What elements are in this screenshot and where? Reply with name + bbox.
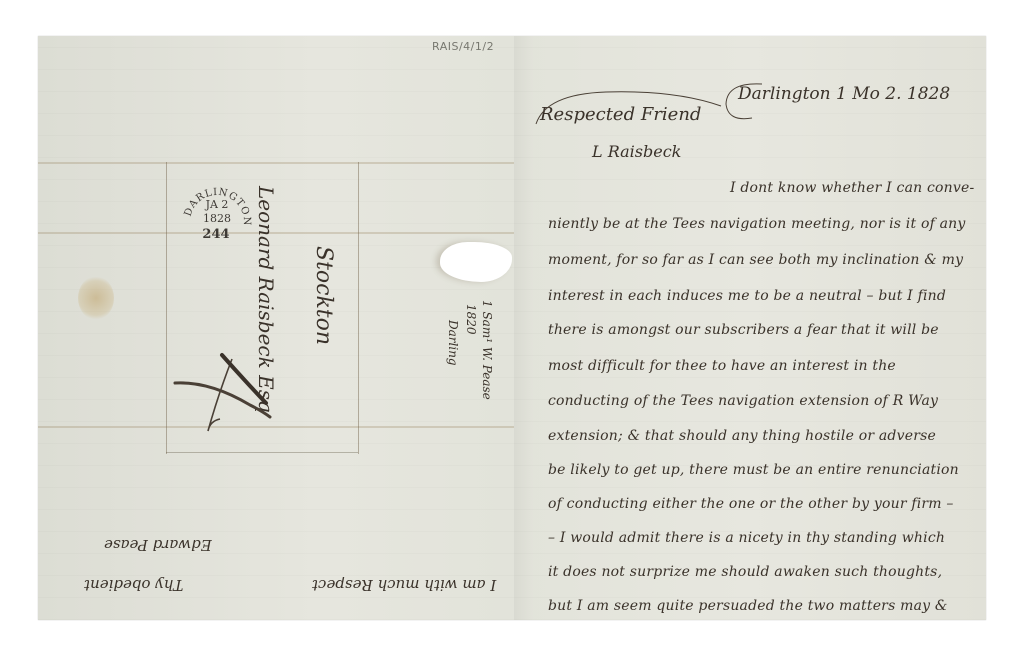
postmark-stamp: DARLINGTON JA 2 1828 244 [178, 172, 254, 248]
letter-place-date: Darlington 1 Mo 2. 1828 [738, 84, 950, 104]
letter-line: – I would admit there is a nicety in thy… [548, 530, 945, 546]
fold-line [38, 162, 514, 164]
fold-line [38, 426, 514, 428]
postmark-mileage: 244 [202, 227, 229, 242]
letter-salutation: Respected Friend [540, 104, 701, 125]
letter-addressee: L Raisbeck [592, 142, 681, 161]
address-town: Stockton [311, 246, 336, 345]
address-annotation-2: 1820 [464, 304, 478, 335]
water-stain [78, 276, 114, 320]
letter-line: be likely to get up, there must be an en… [548, 462, 959, 478]
letter-line: extension; & that should any thing hosti… [548, 428, 936, 444]
paper-tear-hole [440, 242, 512, 282]
address-annotation-1: 1 Sam¹ W. Pease [480, 300, 494, 400]
letter-line: but I am seem quite persuaded the two ma… [548, 598, 948, 614]
postmark-date: JA 2 [205, 198, 229, 211]
letter-line: most difficult for thee to have an inter… [548, 358, 896, 374]
letter-line: conducting of the Tees navigation extens… [548, 393, 938, 409]
closing-signature: Edward Pease [104, 536, 212, 554]
letter-line: moment, for so far as I can see both my … [548, 252, 963, 268]
letter-line: I dont know whether I can conve- [730, 180, 974, 196]
fold-line [166, 162, 167, 454]
letter-line: it does not surprize me should awaken su… [548, 564, 942, 580]
fold-line [166, 452, 358, 453]
address-recipient: Leonard Raisbeck Esq [254, 186, 278, 413]
postmark-year: 1828 [203, 212, 231, 225]
letter-line: niently be at the Tees navigation meetin… [548, 216, 966, 232]
fold-line [358, 162, 359, 454]
address-annotation-3: Darling [446, 320, 460, 366]
archive-reference-label: RAIS/4/1/2 [432, 40, 494, 53]
closing-obedient: Thy obedient [84, 576, 183, 594]
closing-line: I am with much Respect [312, 576, 496, 594]
letter-line: of conducting either the one or the othe… [548, 496, 954, 512]
letter-line: there is amongst our subscribers a fear … [548, 322, 939, 338]
letter-line: interest in each induces me to be a neut… [548, 288, 946, 304]
